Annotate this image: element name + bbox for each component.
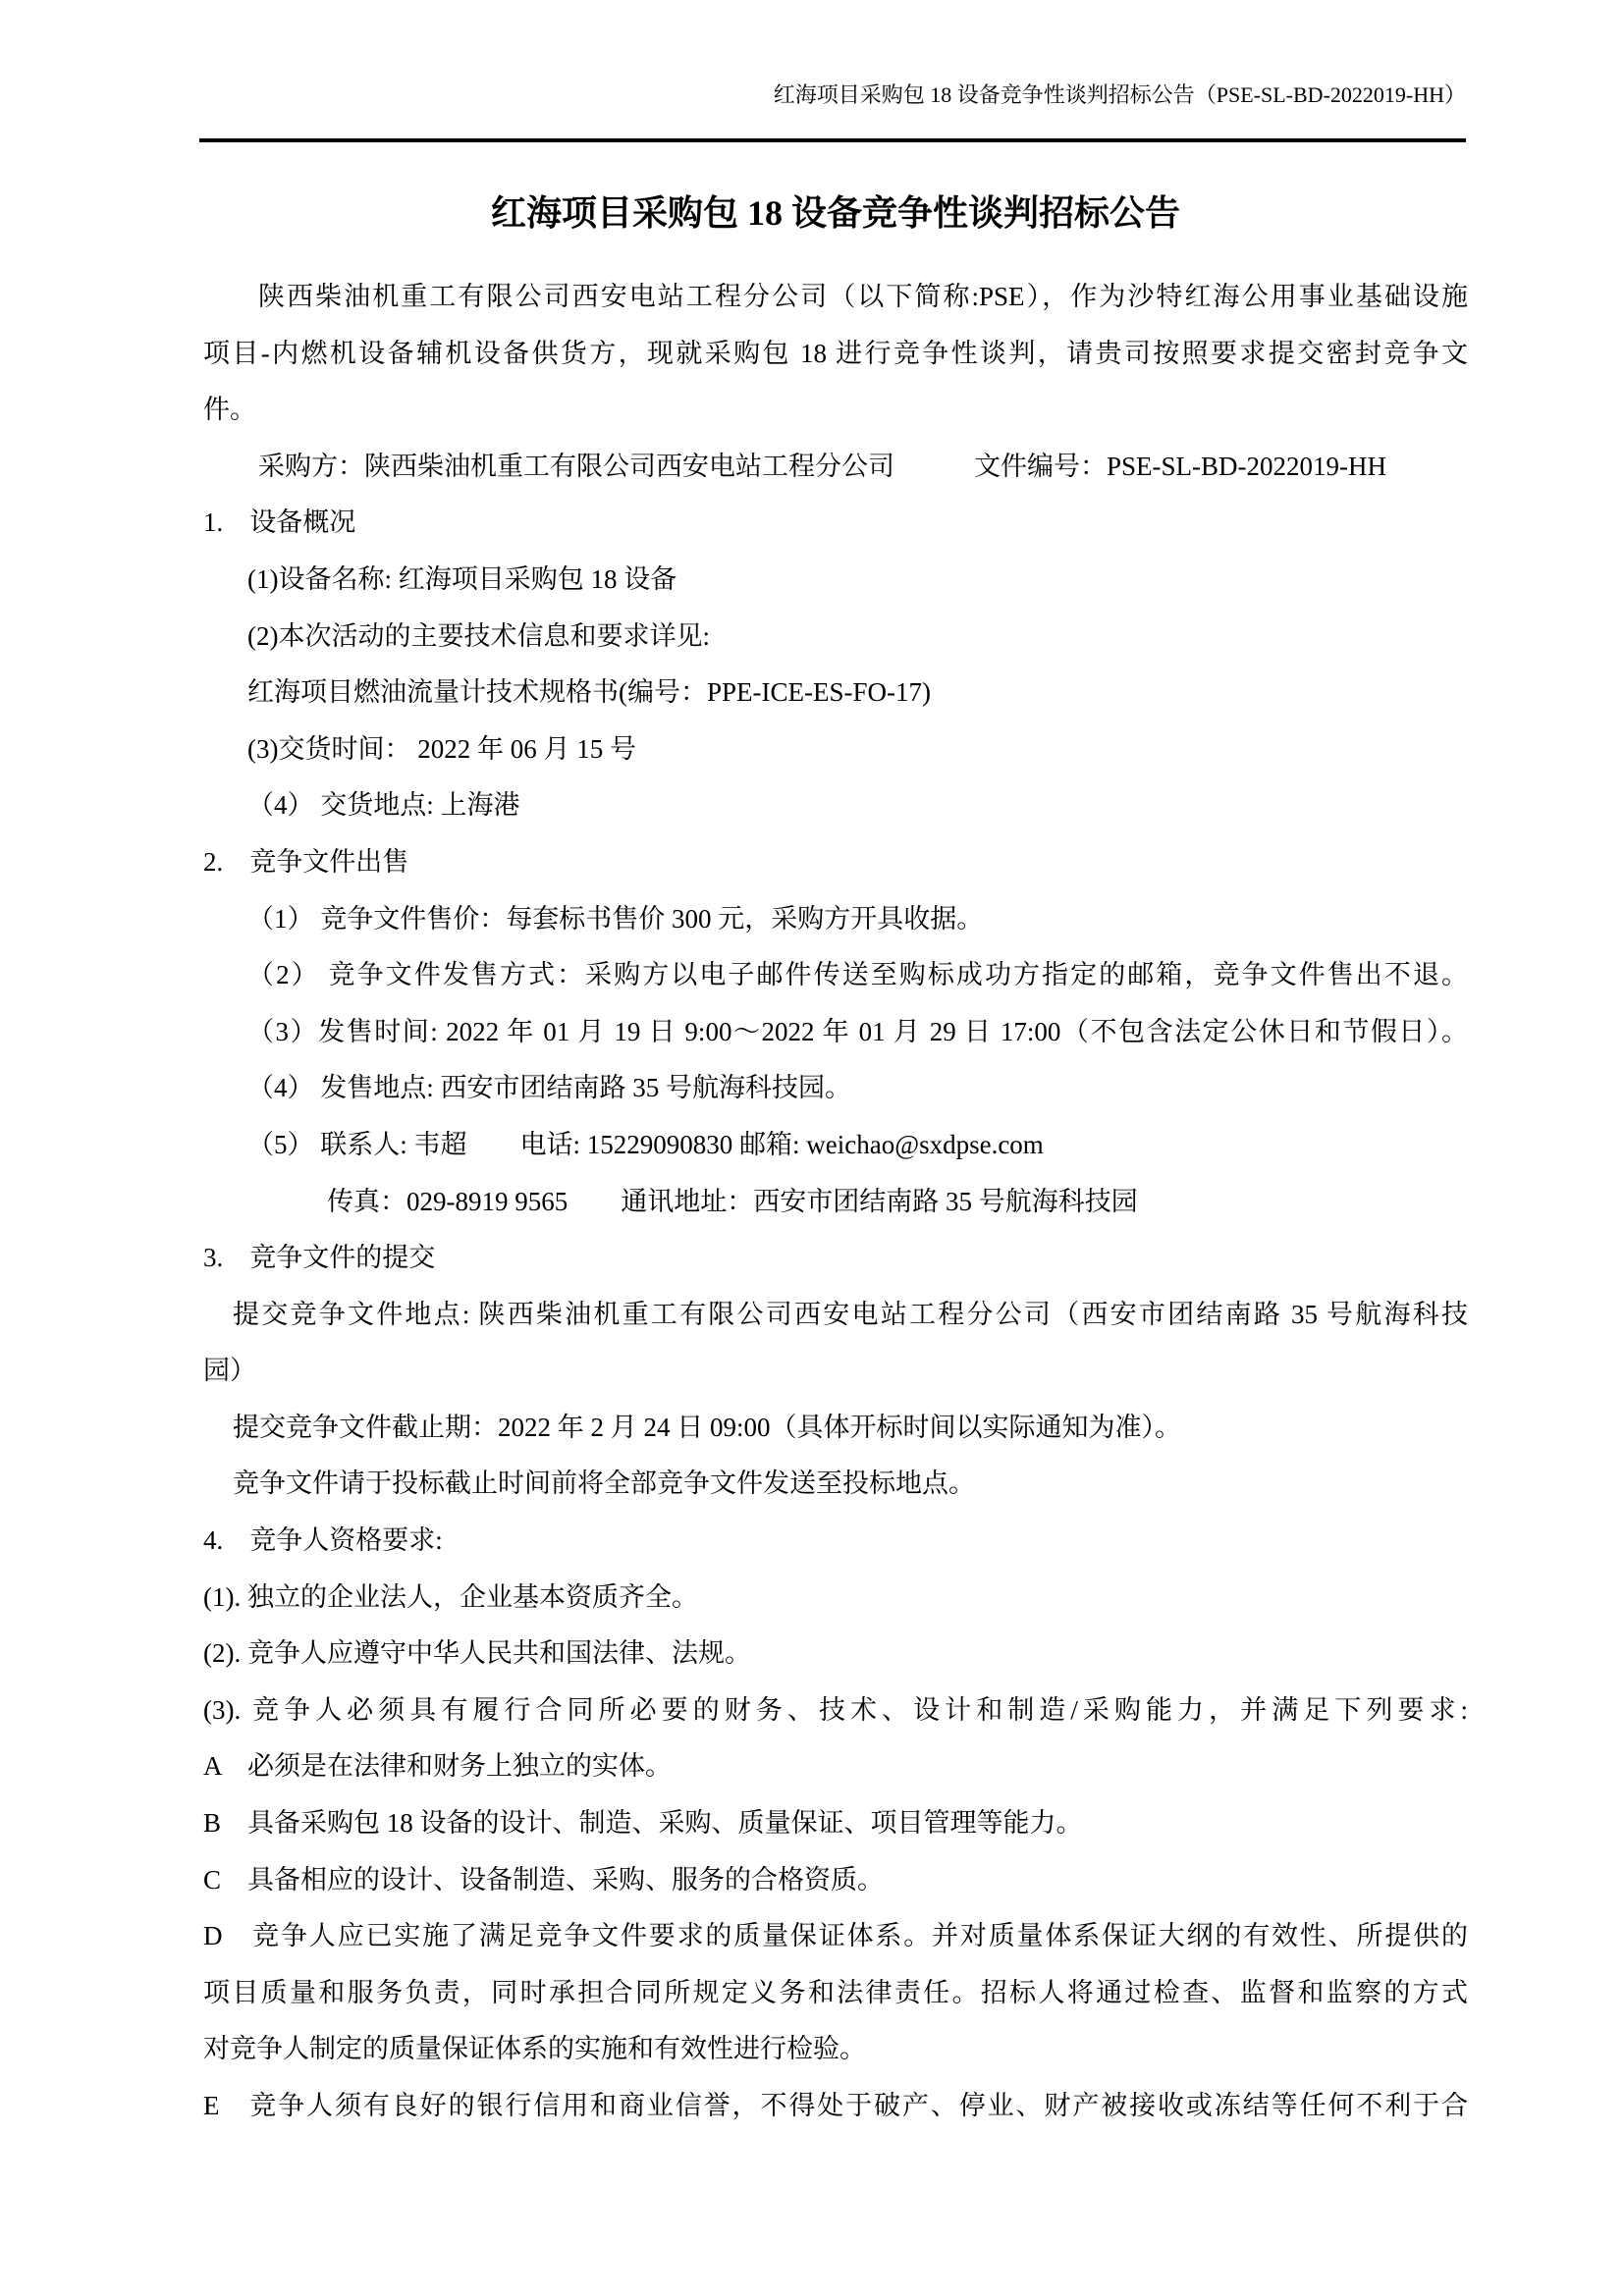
doc-line: 红海项目燃油流量计技术规格书(编号：PPE-ICE-ES-FO-17)	[203, 665, 1468, 721]
document-page: 红海项目采购包 18 设备竞争性谈判招标公告（PSE-SL-BD-2022019…	[0, 0, 1624, 2296]
doc-line: 4. 竞争人资格要求:	[203, 1513, 1468, 1570]
doc-line: 2. 竞争文件出售	[203, 834, 1468, 891]
page-header-text: 红海项目采购包 18 设备竞争性谈判招标公告（PSE-SL-BD-2022019…	[199, 82, 1466, 142]
doc-line: B 具备采购包 18 设备的设计、制造、采购、质量保证、项目管理等能力。	[203, 1795, 1468, 1852]
doc-line: 竞争文件请于投标截止时间前将全部竞争文件发送至投标地点。	[203, 1456, 1468, 1513]
doc-line: (1). 独立的企业法人，企业基本资质齐全。	[203, 1570, 1468, 1627]
doc-line: 件。	[203, 382, 1468, 439]
doc-line: （1） 竞争文件售价：每套标书售价 300 元，采购方开具收据。	[203, 891, 1468, 948]
doc-line: （2） 竞争文件发售方式：采购方以电子邮件传送至购标成功方指定的邮箱，竞争文件售…	[203, 947, 1468, 1004]
doc-line: (3)交货时间： 2022 年 06 月 15 号	[203, 721, 1468, 778]
doc-line: 传真：029-8919 9565 通讯地址：西安市团结南路 35 号航海科技园	[203, 1174, 1468, 1231]
doc-line: （3）发售时间: 2022 年 01 月 19 日 9:00～2022 年 01…	[203, 1004, 1468, 1061]
doc-line: （4） 发售地点: 西安市团结南路 35 号航海科技园。	[203, 1060, 1468, 1117]
doc-line: 提交竞争文件截止期：2022 年 2 月 24 日 09:00（具体开标时间以实…	[203, 1400, 1468, 1457]
doc-line: (2). 竞争人应遵守中华人民共和国法律、法规。	[203, 1626, 1468, 1682]
doc-line: 园）	[203, 1343, 1468, 1400]
doc-line: C 具备相应的设计、设备制造、采购、服务的合格资质。	[203, 1852, 1468, 1909]
doc-line: 对竞争人制定的质量保证体系的实施和有效性进行检验。	[203, 2021, 1468, 2078]
doc-line: 3. 竞争文件的提交	[203, 1230, 1468, 1287]
doc-line: D 竞争人应已实施了满足竞争文件要求的质量保证体系。并对质量体系保证大纲的有效性…	[203, 1908, 1468, 1965]
doc-line: (1)设备名称: 红海项目采购包 18 设备	[203, 552, 1468, 609]
doc-line: E 竞争人须有良好的银行信用和商业信誉，不得处于破产、停业、财产被接收或冻结等任…	[203, 2078, 1468, 2135]
doc-line: （5） 联系人: 韦超 电话: 15229090830 邮箱: weichao@…	[203, 1117, 1468, 1174]
doc-line: (3). 竞争人必须具有履行合同所必要的财务、技术、设计和制造/采购能力，并满足…	[203, 1682, 1468, 1739]
document-body: 陕西柴油机重工有限公司西安电站工程分公司（以下简称:PSE），作为沙特红海公用事…	[203, 269, 1468, 2135]
doc-line: 采购方：陕西柴油机重工有限公司西安电站工程分公司 文件编号：PSE-SL-BD-…	[203, 439, 1468, 496]
doc-line: 1. 设备概况	[203, 495, 1468, 552]
doc-line: 项目质量和服务负责，同时承担合同所规定义务和法律责任。招标人将通过检查、监督和监…	[203, 1965, 1468, 2022]
doc-line: (2)本次活动的主要技术信息和要求详见:	[203, 609, 1468, 666]
doc-line: （4） 交货地点: 上海港	[203, 777, 1468, 834]
doc-line: 提交竞争文件地点: 陕西柴油机重工有限公司西安电站工程分公司（西安市团结南路 3…	[203, 1287, 1468, 1344]
document-title: 红海项目采购包 18 设备竞争性谈判招标公告	[203, 191, 1468, 235]
doc-line: 项目-内燃机设备辅机设备供货方，现就采购包 18 进行竞争性谈判，请贵司按照要求…	[203, 326, 1468, 383]
doc-line: 陕西柴油机重工有限公司西安电站工程分公司（以下简称:PSE），作为沙特红海公用事…	[203, 269, 1468, 326]
doc-line: A 必须是在法律和财务上独立的实体。	[203, 1738, 1468, 1795]
